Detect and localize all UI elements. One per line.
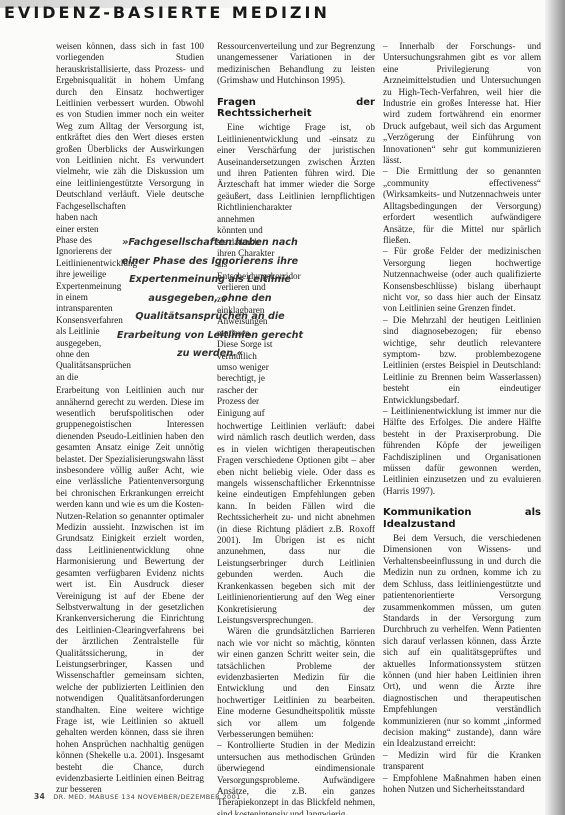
paragraph: Ressourcenverteilung und zur Begrenzung …	[217, 41, 375, 87]
paragraph: Eine wichtige Frage ist, ob Leitlinienen…	[217, 122, 375, 213]
paragraph: Erarbeitung von Leitlinien auch nur annä…	[56, 385, 204, 796]
heading-rechtssicherheit: Fragen der Rechtssicherheit	[217, 97, 375, 120]
paragraph: hochwertige Leitlinien verläuft: dabei w…	[217, 421, 375, 626]
column-3: – Innerhalb der Forschungs- und Untersuc…	[383, 41, 541, 795]
bullet: – Empfohlene Maßnahmen haben einen hohen…	[383, 773, 541, 796]
page-footer: 34DR. MED. MABUSE 134 NOVEMBER/DEZEMBER …	[34, 792, 241, 801]
publication-info: DR. MED. MABUSE 134 NOVEMBER/DEZEMBER 20…	[53, 793, 240, 801]
bullet: – Innerhalb der Forschungs- und Untersuc…	[383, 41, 541, 166]
paragraph: Bei dem Versuch, die verschiedenen Dimen…	[383, 533, 541, 750]
bullet: – Die Mehrzahl der heutigen Leitlinien s…	[383, 315, 541, 406]
bullet: – Kontrollierte Studien in der Medizin u…	[217, 740, 375, 815]
bullet: – Medizin wird für die Kranken transpare…	[383, 750, 541, 773]
page-gutter-shadow	[545, 0, 565, 815]
page-number: 34	[34, 792, 45, 801]
bullet: – Leitlinienentwicklung ist immer nur di…	[383, 406, 541, 497]
paragraph-wrapped: haben nach einer ersten Phase des Ignori…	[56, 212, 112, 383]
bullet: – Für große Felder der medizinischen Ver…	[383, 246, 541, 314]
column-2: Ressourcenverteilung und zur Begrenzung …	[217, 41, 375, 815]
paragraph: weisen können, dass sich in fast 100 vor…	[56, 41, 204, 212]
heading-kommunikation: Kommunikation als Idealzustand	[383, 507, 541, 530]
pull-quote: »Fachgesellschaften haben nach einer Pha…	[110, 234, 310, 364]
paragraph: Wären die grundsätzlichen Barrieren nach…	[217, 626, 375, 740]
bullet: – Die Ermittlung der so genannten „commu…	[383, 166, 541, 246]
section-title: EVIDENZ-BASIERTE MEDIZIN	[4, 3, 330, 22]
column-1: weisen können, dass sich in fast 100 vor…	[56, 41, 204, 796]
